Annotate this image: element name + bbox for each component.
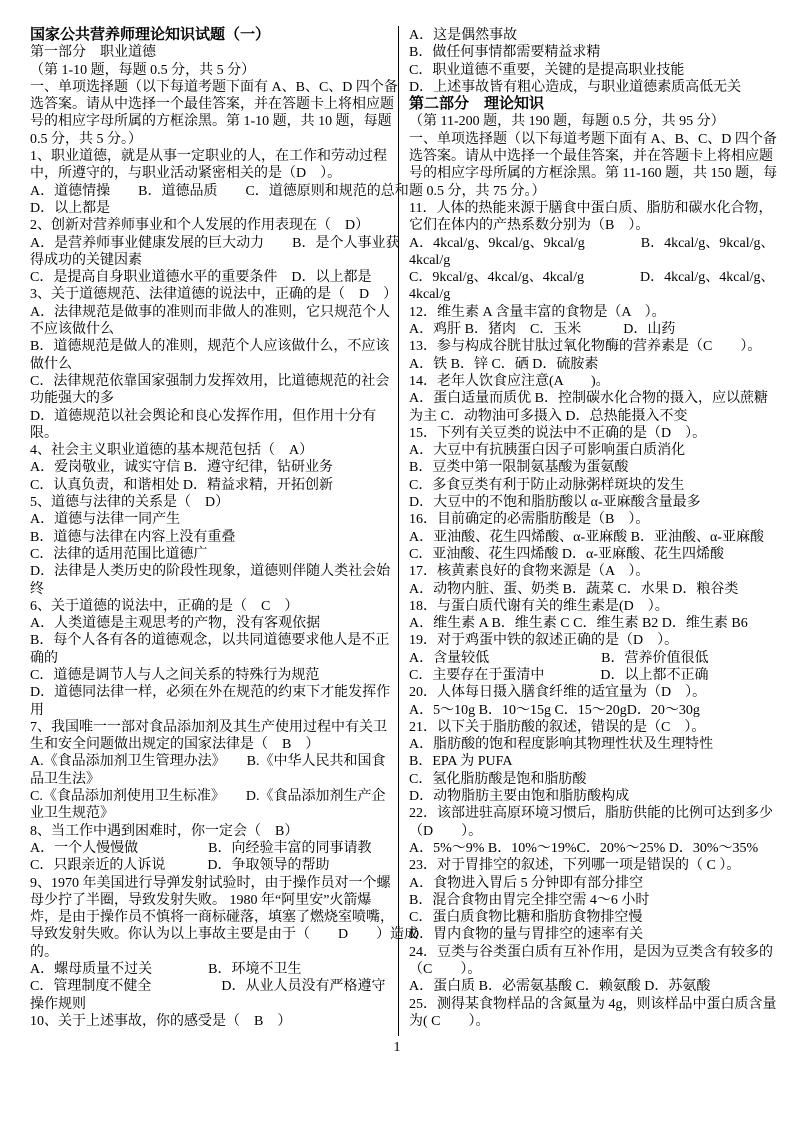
text-line: B．道德规范是做人的准则，规范个人应该做什么，不应该 [30, 338, 398, 355]
text-line: A．4kcal/g、9kcal/g、9kcal/g B．4kcal/g、9kca… [409, 235, 775, 252]
text-line: 8、当工作中遇到困难时，你一定会（ B） [30, 823, 398, 840]
text-line: A．蛋白质 B．必需氨基酸 C．赖氨酸 D．苏氨酸 [409, 978, 775, 995]
text-line: （D ）。 [409, 823, 775, 840]
text-line: A.《食品添加剂卫生管理办法》 B.《中华人民共和国食 [30, 753, 398, 770]
text-line: 中，所遵守的，与职业活动紧密相关的是（D ）。 [30, 165, 398, 182]
text-line: C．只跟亲近的人诉说 D．争取领导的帮助 [30, 857, 398, 874]
text-line: D．以上都是 [30, 200, 398, 217]
text-line: 3、关于道德规范、法律道德的说法中，正确的是（ D ） [30, 286, 398, 303]
text-line: 限。 [30, 425, 398, 442]
text-line: 14．老年人饮食应注意(A )。 [409, 373, 775, 390]
text-line: A．脂肪酸的饱和程度影响其物理性状及生理特性 [409, 736, 775, 753]
text-line: 生和安全问题做出规定的国家法律是（ B ） [30, 736, 398, 753]
text-line: 5、道德与法律的关系是（ D） [30, 494, 398, 511]
text-line: 一、单项选择题（以下每道考题下面有 A、B、C、D 四个备 [409, 131, 775, 148]
left-column: 国家公共营养师理论知识试题（一）第一部分 职业道德（第 1-10 题，每题 0.… [30, 27, 398, 1030]
text-line: A．螺母质量不过关 B．环境不卫生 [30, 961, 398, 978]
text-line: C．职业道德不重要，关键的是提高职业技能 [409, 62, 775, 79]
text-line: 导致发射失败。你认为以上事故主要是由于（ D ）造成 [30, 926, 398, 943]
text-line: A．含量较低 B．营养价值很低 [409, 650, 775, 667]
text-line: A．5%～9% B．10%～19%C．20%～25% D．30%～35% [409, 840, 775, 857]
text-line: 它们在体内的产热系数分别为（B ）。 [409, 217, 775, 234]
text-line: 19．对于鸡蛋中铁的叙述正确的是（D ）。 [409, 632, 775, 649]
text-line: D．道德规范以社会舆论和良心发挥作用，但作用十分有 [30, 408, 398, 425]
text-line: D．道德同法律一样，必须在外在规范的约束下才能发挥作 [30, 684, 398, 701]
text-line: A．5～10g B．10～15g C．15～20gD．20～30g [409, 702, 775, 719]
text-line: A．道德情操 B．道德品质 C．道德原则和规范的总和 [30, 183, 398, 200]
text-line: 22．该部进驻高原环境习惯后，脂肪供能的比例可达到多少 [409, 805, 775, 822]
text-line: 题 0.5 分，共 75 分。） [409, 183, 775, 200]
section-title: 第二部分 理论知识 [409, 96, 775, 113]
text-line: A．食物进入胃后 5 分钟即有部分排空 [409, 875, 775, 892]
text-line: A．是营养师事业健康发展的巨大动力 B．是个人事业获 [30, 235, 398, 252]
text-line: A．维生素 A B．维生素 C C．维生素 B2 D．维生素 B6 [409, 615, 775, 632]
text-line: A．大豆中有抗胰蛋白因子可影响蛋白质消化 [409, 442, 775, 459]
text-line: 4、社会主义职业道德的基本规范包括（ A） [30, 442, 398, 459]
text-line: C．认真负责，和谐相处 D．精益求精，开拓创新 [30, 477, 398, 494]
text-line: 选答案。请从中选择一个最佳答案，并在答题卡上将相应题 [409, 148, 775, 165]
text-line: A．一个人慢慢做 B．向经验丰富的同事请教 [30, 840, 398, 857]
text-line: （C ）。 [409, 961, 775, 978]
text-line: 16．目前确定的必需脂肪酸是（B ）。 [409, 511, 775, 528]
text-line: 业卫生规范》 [30, 805, 398, 822]
text-line: B．做任何事情都需要精益求精 [409, 44, 775, 61]
text-line: 一、单项选择题（以下每道考题下面有 A、B、C、D 四个备 [30, 79, 398, 96]
text-line: 20．人体每日摄入膳食纤维的适宜量为（D ）。 [409, 684, 775, 701]
text-line: 为主 C．动物油可多摄入 D．总热能摄入不变 [409, 408, 775, 425]
text-line: 4kcal/g [409, 252, 775, 269]
text-line: A．法律规范是做事的准则而非做人的准则，它只规范个人 [30, 304, 398, 321]
text-line: 不应该做什么 [30, 321, 398, 338]
text-line: 用 [30, 702, 398, 719]
text-line: 号的相应字母所属的方框涂黑。第 1-10 题，共 10 题，每题 [30, 113, 398, 130]
text-line: 的。 [30, 944, 398, 961]
text-line: 母少拧了半圈，导致发射失败。 1980 年“阿里安”火箭爆 [30, 892, 398, 909]
text-line: 0.5 分，共 5 分。） [30, 131, 398, 148]
text-line: C．亚油酸、花生四烯酸 D．α-亚麻酸、花生四烯酸 [409, 546, 775, 563]
section-title: 国家公共营养师理论知识试题（一） [30, 27, 398, 44]
text-line: 第一部分 职业道德 [30, 44, 398, 61]
text-line: 4kcal/g [409, 286, 775, 303]
text-line: C．管理制度不健全 D．从业人员没有严格遵守 [30, 978, 398, 995]
text-line: B．每个人各有各的道德观念，以共同道德要求他人是不正 [30, 632, 398, 649]
text-line: A．动物内脏、蛋、奶类 B．蔬菜 C．水果 D．粮谷类 [409, 581, 775, 598]
text-line: （第 11-200 题，共 190 题，每题 0.5 分，共 95 分） [409, 113, 775, 130]
text-line: A．亚油酸、花生四烯酸、α-亚麻酸 B．亚油酸、α-亚麻酸 [409, 529, 775, 546]
text-line: A．这是偶然事故 [409, 27, 775, 44]
text-line: 1、职业道德，就是从事一定职业的人，在工作和劳动过程 [30, 148, 398, 165]
text-line: 25．测得某食物样品的含氮量为 4g，则该样品中蛋白质含量 [409, 996, 775, 1013]
text-line: B．EPA 为 PUFA [409, 753, 775, 770]
text-line: D．动物脂肪主要由饱和脂肪酸构成 [409, 788, 775, 805]
text-line: A．铁 B．锌 C．硒 D．硫胺素 [409, 356, 775, 373]
text-line: A．鸡肝 B．猪肉 C．玉米 D．山药 [409, 321, 775, 338]
text-line: （第 1-10 题，每题 0.5 分，共 5 分） [30, 62, 398, 79]
text-line: C．道德是调节人与人之间关系的特殊行为规范 [30, 667, 398, 684]
text-line: 24．豆类与谷类蛋白质有互补作用，是因为豆类含有较多的 [409, 944, 775, 961]
text-line: 21．以下关于脂肪酸的叙述，错误的是（C ）。 [409, 719, 775, 736]
text-line: 11．人体的热能来源于膳食中蛋白质、脂肪和碳水化合物， [409, 200, 775, 217]
text-line: C．法律规范依靠国家强制力发挥效用，比道德规范的社会 [30, 373, 398, 390]
text-line: 13．参与构成谷胱甘肽过氧化物酶的营养素是（C ）。 [409, 338, 775, 355]
text-line: 号的相应字母所属的方框涂黑。第 11-160 题，共 150 题，每 [409, 165, 775, 182]
text-line: 17．核黄素良好的食物来源是（A ）。 [409, 563, 775, 580]
text-line: A．蛋白适量而质优 B．控制碳水化合物的摄入，应以蔗糖 [409, 390, 775, 407]
text-line: 选答案。请从中选择一个最佳答案，并在答题卡上将相应题 [30, 96, 398, 113]
text-line: D．上述事故皆有粗心造成，与职业道德素质高低无关 [409, 79, 775, 96]
text-line: A．人类道德是主观思考的产物，没有客观依据 [30, 615, 398, 632]
text-line: B．道德与法律在内容上没有重叠 [30, 529, 398, 546]
text-line: C.《食品添加剂使用卫生标准》 D.《食品添加剂生产企 [30, 788, 398, 805]
text-line: D．大豆中的不饱和脂肪酸以 α-亚麻酸含量最多 [409, 494, 775, 511]
text-line: 23．对于胃排空的叙述，下列哪一项是错误的（ C ）。 [409, 857, 775, 874]
text-line: C．9kcal/g、4kcal/g、4kcal/g D．4kcal/g、4kca… [409, 269, 775, 286]
text-line: 得成功的关键因素 [30, 252, 398, 269]
text-line: 品卫生法》 [30, 771, 398, 788]
text-line: 炸，是由于操作员不慎将一商标碰落，填塞了燃烧室喷嘴， [30, 909, 398, 926]
text-line: D．法律是人类历史的阶段性现象，道德则伴随人类社会始 [30, 563, 398, 580]
text-line: C．氢化脂肪酸是饱和脂肪酸 [409, 771, 775, 788]
text-line: 10、关于上述事故，你的感受是（ B ） [30, 1013, 398, 1030]
text-line: A．道德与法律一同产生 [30, 511, 398, 528]
text-line: 做什么 [30, 356, 398, 373]
text-line: C．是提高自身职业道德水平的重要条件 D．以上都是 [30, 269, 398, 286]
text-line: C．蛋白质食物比糖和脂肪食物排空慢 [409, 909, 775, 926]
text-line: 为( C ）。 [409, 1013, 775, 1030]
text-line: C．主要存在于蛋清中 D．以上都不正确 [409, 667, 775, 684]
text-line: 18．与蛋白质代谢有关的维生素是(D ）。 [409, 598, 775, 615]
text-line: 9、1970 年美国进行导弹发射试验时，由于操作员对一个螺 [30, 875, 398, 892]
text-line: 操作规则 [30, 996, 398, 1013]
document-page: 国家公共营养师理论知识试题（一）第一部分 职业道德（第 1-10 题，每题 0.… [0, 0, 794, 1123]
text-line: 功能强大的多 [30, 390, 398, 407]
text-line: 终 [30, 581, 398, 598]
text-line: A．爱岗敬业，诚实守信 B．遵守纪律，钻研业务 [30, 459, 398, 476]
text-line: B．混合食物由胃完全排空需 4～6 小时 [409, 892, 775, 909]
text-line: B．豆类中第一限制氨基酸为蛋氨酸 [409, 459, 775, 476]
text-line: 15．下列有关豆类的说法中不正确的是（D ）。 [409, 425, 775, 442]
text-line: C．法律的适用范围比道德广 [30, 546, 398, 563]
text-line: 确的 [30, 650, 398, 667]
text-line: D．胃内食物的量与胃排空的速率有关 [409, 926, 775, 943]
text-line: 12．维生素 A 含量丰富的食物是（A ）。 [409, 304, 775, 321]
right-column: A．这是偶然事故B．做任何事情都需要精益求精C．职业道德不重要，关键的是提高职业… [409, 27, 775, 1030]
text-line: 7、我国唯一一部对食品添加剂及其生产使用过程中有关卫 [30, 719, 398, 736]
text-line: 6、关于道德的说法中，正确的是（ C ） [30, 598, 398, 615]
page-number: 1 [0, 1040, 794, 1056]
text-line: 2、创新对营养师事业和个人发展的作用表现在（ D） [30, 217, 398, 234]
text-line: C．多食豆类有利于防止动脉粥样斑块的发生 [409, 477, 775, 494]
column-divider [398, 26, 399, 1036]
